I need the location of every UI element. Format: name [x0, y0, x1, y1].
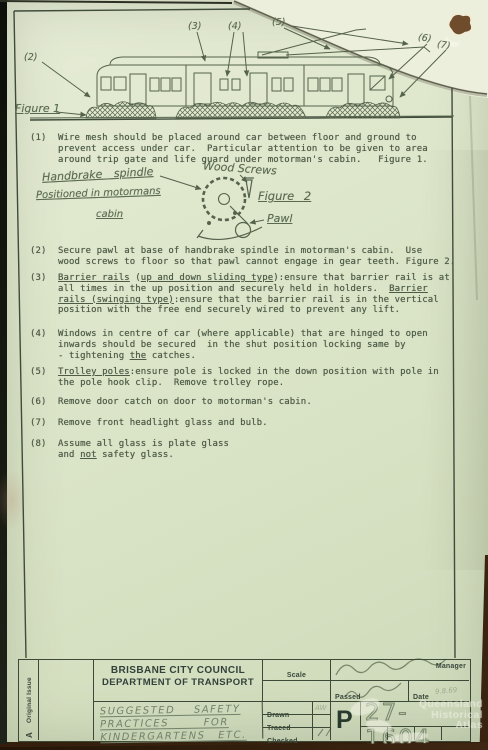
item-2: (2) Secure pawl at base of handbrake spi…	[30, 246, 460, 268]
item-6: (6) Remove door catch on door to motorma…	[30, 397, 460, 408]
item-number: (2)	[30, 246, 58, 268]
item-3: (3) Barrier rails (up and down sliding t…	[30, 273, 460, 316]
item-text: Barrier rails (up and down sliding type)…	[58, 273, 460, 316]
scale-value-cell	[263, 681, 331, 702]
callout-5: (5)	[272, 17, 285, 28]
scale-label: Scale	[287, 672, 306, 679]
item-text: Windows in centre of car (where applicab…	[58, 329, 460, 361]
item-number: (5)	[30, 367, 58, 389]
manager-signature-cell: Manager	[331, 660, 469, 681]
title-block: A Original Issue BRISBANE CITY COUNCIL D…	[18, 659, 471, 742]
scan-shadow-edge	[0, 0, 7, 744]
item-number: (6)	[30, 397, 58, 408]
traced-value-cell	[313, 715, 331, 728]
item-number: (1)	[30, 133, 58, 165]
drawn-value: AW	[315, 704, 327, 712]
drawing-title-cell: SUGGESTED SAFETY PRACTICES FOR KINDERGAR…	[94, 701, 264, 742]
item-number: (8)	[30, 439, 58, 461]
revision-letter: A	[25, 732, 34, 738]
watermark-line1: Queensland	[419, 699, 483, 710]
org-line2: DEPARTMENT OF TRANSPORT	[94, 677, 262, 689]
item-5: (5) Trolley poles:ensure pole is locked …	[30, 367, 460, 389]
label-cabin: cabin	[96, 209, 123, 220]
item-text: Wire mesh should be placed around car be…	[58, 133, 460, 165]
item-text: Remove front headlight glass and bulb.	[58, 418, 460, 429]
drawn-value-cell: AW	[313, 702, 331, 715]
watermark-line3: Atlas	[419, 720, 483, 731]
item-text: Secure pawl at base of handbrake spindle…	[58, 246, 460, 268]
item-number: (3)	[30, 273, 58, 316]
item-text: Assume all glass is plate glass and not …	[58, 439, 460, 461]
date-value: 9.8.69	[435, 686, 458, 696]
passed-label: Passed	[335, 694, 361, 701]
org-cell: BRISBANE CITY COUNCIL DEPARTMENT OF TRAN…	[94, 660, 263, 702]
item-text: Trolley poles:ensure pole is locked in t…	[58, 367, 460, 389]
figure1-caption: Figure 1	[15, 102, 60, 115]
watermark: Queensland Historical Atlas	[419, 699, 483, 731]
item-text: Remove door catch on door to motorman's …	[58, 397, 460, 408]
label-pawl: Pawl	[267, 212, 292, 225]
callout-2: (2)	[24, 52, 37, 63]
callout-3: (3)	[188, 21, 201, 32]
empty-column	[39, 660, 94, 740]
figure2-caption: Figure 2	[258, 189, 311, 203]
item-number: (4)	[30, 329, 58, 361]
org-line1: BRISBANE CITY COUNCIL	[94, 665, 262, 677]
checked-value-cell	[313, 728, 331, 740]
item-number: (7)	[30, 418, 58, 429]
checked-label-cell: Checked	[263, 728, 313, 740]
callout-7: (7)	[436, 39, 451, 52]
callout-4: (4)	[228, 21, 241, 32]
callout-6: (6)	[417, 32, 432, 45]
manager-label: Manager	[436, 663, 466, 670]
scale-cell: Scale	[263, 660, 331, 681]
item-4: (4) Windows in centre of car (where appl…	[30, 329, 460, 361]
item-1: (1) Wire mesh should be placed around ca…	[30, 133, 460, 165]
item-8: (8) Assume all glass is plate glass and …	[30, 439, 460, 461]
traced-label-cell: Traced	[263, 715, 313, 728]
drawing-title-line3: KINDERGARTENS ETC.	[100, 729, 262, 745]
revision-note: Original Issue	[26, 677, 33, 723]
item-7: (7) Remove front headlight glass and bul…	[30, 418, 460, 429]
drawn-label-cell: Drawn	[263, 702, 313, 715]
checked-label: Checked	[267, 738, 298, 745]
revision-strip: A Original Issue	[19, 660, 39, 740]
